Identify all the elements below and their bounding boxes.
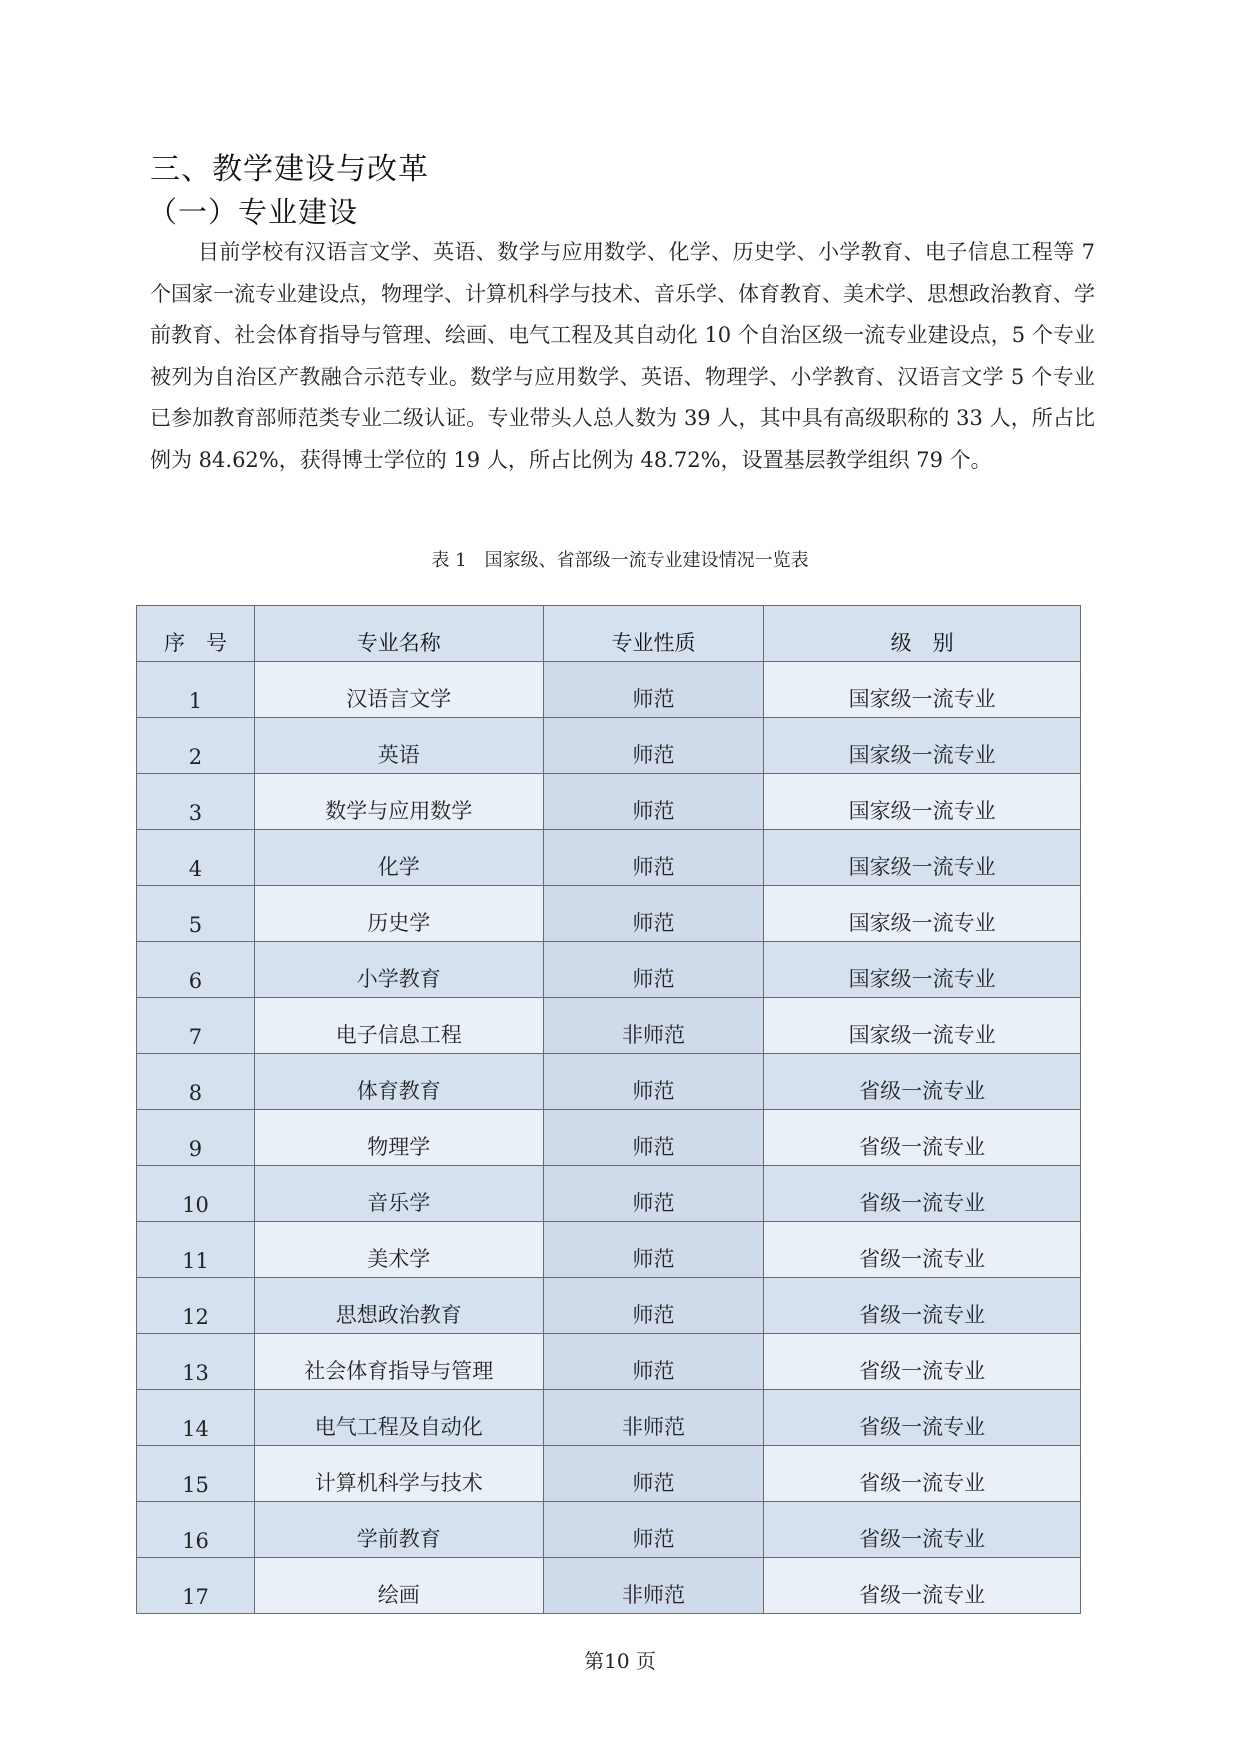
row-serial: 3 <box>137 774 255 830</box>
row-major-name: 历史学 <box>254 886 543 942</box>
row-serial: 17 <box>137 1558 255 1614</box>
body-paragraph: 目前学校有汉语言文学、英语、数学与应用数学、化学、历史学、小学教育、电子信息工程… <box>150 232 1095 481</box>
row-major-name: 化学 <box>254 830 543 886</box>
row-level: 国家级一流专业 <box>764 718 1081 774</box>
row-serial: 15 <box>137 1446 255 1502</box>
row-major-name: 电子信息工程 <box>254 998 543 1054</box>
table-row: 12思想政治教育师范省级一流专业 <box>137 1278 1081 1334</box>
row-serial: 12 <box>137 1278 255 1334</box>
row-serial: 14 <box>137 1390 255 1446</box>
row-major-name: 物理学 <box>254 1110 543 1166</box>
row-major-name: 汉语言文学 <box>254 662 543 718</box>
row-major-type: 师范 <box>543 1054 764 1110</box>
row-major-type: 师范 <box>543 886 764 942</box>
row-major-name: 音乐学 <box>254 1166 543 1222</box>
row-major-name: 计算机科学与技术 <box>254 1446 543 1502</box>
table-row: 16学前教育师范省级一流专业 <box>137 1502 1081 1558</box>
page-number: 第10 页 <box>0 1645 1240 1674</box>
table-row: 8体育教育师范省级一流专业 <box>137 1054 1081 1110</box>
row-serial: 5 <box>137 886 255 942</box>
row-major-type: 师范 <box>543 1502 764 1558</box>
row-serial: 1 <box>137 662 255 718</box>
row-serial: 4 <box>137 830 255 886</box>
row-major-name: 电气工程及自动化 <box>254 1390 543 1446</box>
header-level: 级 别 <box>764 606 1081 662</box>
row-serial: 7 <box>137 998 255 1054</box>
row-major-type: 师范 <box>543 830 764 886</box>
row-major-name: 美术学 <box>254 1222 543 1278</box>
table-row: 9物理学师范省级一流专业 <box>137 1110 1081 1166</box>
row-major-name: 体育教育 <box>254 1054 543 1110</box>
table-row: 5历史学师范国家级一流专业 <box>137 886 1081 942</box>
row-major-type: 师范 <box>543 662 764 718</box>
row-major-name: 社会体育指导与管理 <box>254 1334 543 1390</box>
row-level: 省级一流专业 <box>764 1334 1081 1390</box>
table-row: 7电子信息工程非师范国家级一流专业 <box>137 998 1081 1054</box>
row-serial: 13 <box>137 1334 255 1390</box>
subsection-heading: （一）专业建设 <box>148 192 358 232</box>
row-major-type: 非师范 <box>543 1390 764 1446</box>
row-level: 国家级一流专业 <box>764 886 1081 942</box>
row-level: 省级一流专业 <box>764 1446 1081 1502</box>
section-heading: 三、教学建设与改革 <box>150 150 429 190</box>
row-level: 省级一流专业 <box>764 1054 1081 1110</box>
row-serial: 9 <box>137 1110 255 1166</box>
row-major-name: 思想政治教育 <box>254 1278 543 1334</box>
row-serial: 16 <box>137 1502 255 1558</box>
row-serial: 2 <box>137 718 255 774</box>
table-row: 6小学教育师范国家级一流专业 <box>137 942 1081 998</box>
row-serial: 6 <box>137 942 255 998</box>
row-level: 国家级一流专业 <box>764 774 1081 830</box>
row-major-type: 师范 <box>543 1278 764 1334</box>
table-row: 3数学与应用数学师范国家级一流专业 <box>137 774 1081 830</box>
row-level: 省级一流专业 <box>764 1502 1081 1558</box>
row-major-type: 师范 <box>543 774 764 830</box>
row-major-name: 数学与应用数学 <box>254 774 543 830</box>
row-major-name: 小学教育 <box>254 942 543 998</box>
row-level: 省级一流专业 <box>764 1390 1081 1446</box>
table-header-row: 序 号 专业名称 专业性质 级 别 <box>137 606 1081 662</box>
row-level: 国家级一流专业 <box>764 998 1081 1054</box>
majors-table: 序 号 专业名称 专业性质 级 别 1汉语言文学师范国家级一流专业2英语师范国家… <box>136 605 1081 1614</box>
table-row: 10音乐学师范省级一流专业 <box>137 1166 1081 1222</box>
row-level: 省级一流专业 <box>764 1558 1081 1614</box>
row-serial: 10 <box>137 1166 255 1222</box>
row-level: 国家级一流专业 <box>764 942 1081 998</box>
table-row: 15计算机科学与技术师范省级一流专业 <box>137 1446 1081 1502</box>
row-major-type: 师范 <box>543 718 764 774</box>
row-major-type: 师范 <box>543 1166 764 1222</box>
table-row: 4化学师范国家级一流专业 <box>137 830 1081 886</box>
row-level: 省级一流专业 <box>764 1222 1081 1278</box>
table-caption-title: 国家级、省部级一流专业建设情况一览表 <box>485 550 809 571</box>
table-caption-number: 表 1 <box>431 550 466 571</box>
row-level: 省级一流专业 <box>764 1110 1081 1166</box>
row-level: 国家级一流专业 <box>764 830 1081 886</box>
row-major-type: 非师范 <box>543 998 764 1054</box>
row-major-type: 师范 <box>543 942 764 998</box>
row-major-type: 师范 <box>543 1110 764 1166</box>
table-row: 1汉语言文学师范国家级一流专业 <box>137 662 1081 718</box>
row-serial: 11 <box>137 1222 255 1278</box>
row-major-type: 师范 <box>543 1222 764 1278</box>
row-major-name: 学前教育 <box>254 1502 543 1558</box>
table-row: 11美术学师范省级一流专业 <box>137 1222 1081 1278</box>
row-major-name: 英语 <box>254 718 543 774</box>
table-row: 2英语师范国家级一流专业 <box>137 718 1081 774</box>
table-row: 14电气工程及自动化非师范省级一流专业 <box>137 1390 1081 1446</box>
table-row: 13社会体育指导与管理师范省级一流专业 <box>137 1334 1081 1390</box>
row-major-type: 非师范 <box>543 1558 764 1614</box>
row-serial: 8 <box>137 1054 255 1110</box>
header-major-type: 专业性质 <box>543 606 764 662</box>
row-major-type: 师范 <box>543 1334 764 1390</box>
row-level: 省级一流专业 <box>764 1166 1081 1222</box>
row-level: 省级一流专业 <box>764 1278 1081 1334</box>
row-major-name: 绘画 <box>254 1558 543 1614</box>
header-major-name: 专业名称 <box>254 606 543 662</box>
table-body: 1汉语言文学师范国家级一流专业2英语师范国家级一流专业3数学与应用数学师范国家级… <box>137 662 1081 1614</box>
header-serial: 序 号 <box>137 606 255 662</box>
row-major-type: 师范 <box>543 1446 764 1502</box>
table-caption: 表 1国家级、省部级一流专业建设情况一览表 <box>0 549 1240 573</box>
row-level: 国家级一流专业 <box>764 662 1081 718</box>
table-row: 17绘画非师范省级一流专业 <box>137 1558 1081 1614</box>
